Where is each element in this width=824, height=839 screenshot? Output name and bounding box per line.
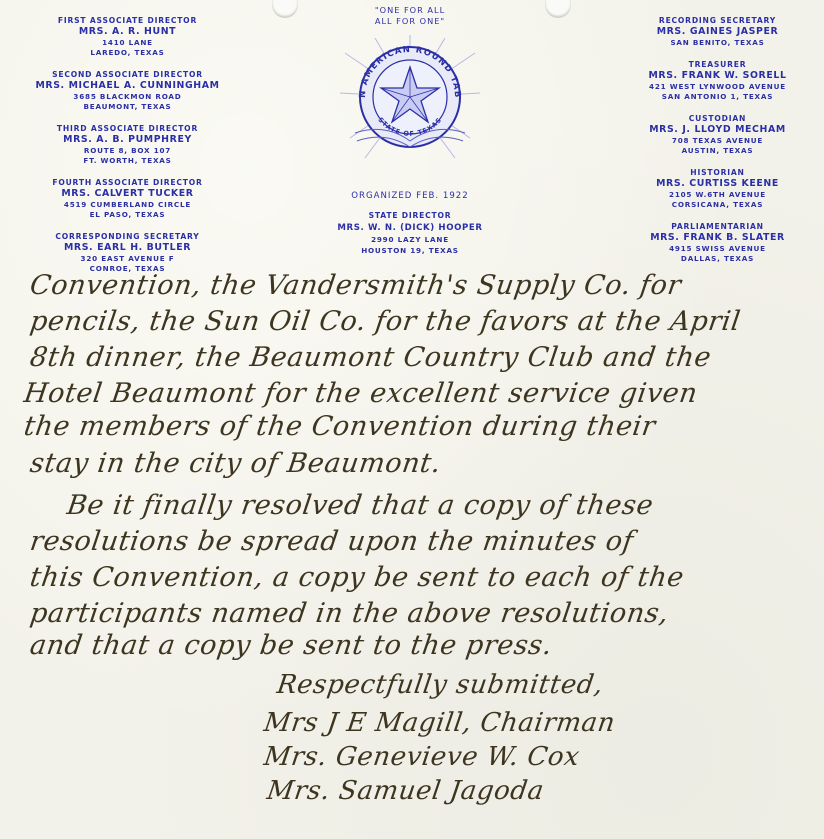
handwritten-line: 8th dinner, the Beaumont Country Club an… [28, 342, 713, 373]
officer-name: MRS. FRANK W. SORELL [620, 70, 815, 82]
handwritten-line: Hotel Beaumont for the excellent service… [22, 378, 700, 409]
closing-salutation: Respectfully submitted, [275, 670, 605, 700]
officer-block: PARLIAMENTARIANMRS. FRANK B. SLATER4915 … [620, 222, 815, 264]
signature: Mrs. Samuel Jagoda [265, 776, 546, 806]
officer-address: 1410 LANE [20, 38, 235, 48]
officer-address: 4915 SWISS AVENUE [620, 244, 815, 254]
officer-address: 3685 BLACKMON ROAD [20, 92, 235, 102]
officer-address: LAREDO, TEXAS [20, 48, 235, 58]
officer-name: MRS. FRANK B. SLATER [620, 232, 815, 244]
officer-role: CUSTODIAN [620, 114, 815, 124]
officer-role: HISTORIAN [620, 168, 815, 178]
officer-address: 320 EAST AVENUE F [20, 254, 235, 264]
handwritten-line: and that a copy be sent to the press. [28, 630, 554, 661]
officer-block: RECORDING SECRETARYMRS. GAINES JASPERSAN… [620, 16, 815, 48]
handwritten-line: Be it finally resolved that a copy of th… [65, 490, 655, 521]
officer-name: MRS. A. R. HUNT [20, 26, 235, 38]
officer-role: RECORDING SECRETARY [620, 16, 815, 26]
officer-address: 2105 W.6TH AVENUE [620, 190, 815, 200]
officer-block: FOURTH ASSOCIATE DIRECTORMRS. CALVERT TU… [20, 178, 235, 220]
state-director-address-2: HOUSTON 19, TEXAS [300, 245, 520, 256]
officer-block: SECOND ASSOCIATE DIRECTORMRS. MICHAEL A.… [20, 70, 235, 112]
officer-role: FOURTH ASSOCIATE DIRECTOR [20, 178, 235, 188]
officer-block: THIRD ASSOCIATE DIRECTORMRS. A. B. PUMPH… [20, 124, 235, 166]
officer-block: TREASURERMRS. FRANK W. SORELL421 WEST LY… [620, 60, 815, 102]
punch-hole-left [272, 0, 298, 18]
officer-address: FT. WORTH, TEXAS [20, 156, 235, 166]
officer-role: CORRESPONDING SECRETARY [20, 232, 235, 242]
organized-date: ORGANIZED FEB. 1922 [300, 191, 520, 201]
letterhead-right-officers: RECORDING SECRETARYMRS. GAINES JASPERSAN… [620, 16, 815, 276]
officer-block: CORRESPONDING SECRETARYMRS. EARL H. BUTL… [20, 232, 235, 274]
officer-address: 4519 CUMBERLAND CIRCLE [20, 200, 235, 210]
punch-hole-right [545, 0, 571, 18]
officer-role: THIRD ASSOCIATE DIRECTOR [20, 124, 235, 134]
officer-address: BEAUMONT, TEXAS [20, 102, 235, 112]
officer-role: SECOND ASSOCIATE DIRECTOR [20, 70, 235, 80]
signature: Mrs. Genevieve W. Cox [262, 742, 582, 772]
motto-line-1: "ONE FOR ALL [300, 5, 520, 16]
state-director-role: STATE DIRECTOR [300, 209, 520, 222]
handwritten-line: this Convention, a copy be sent to each … [28, 562, 686, 593]
officer-address: 708 TEXAS AVENUE [620, 136, 815, 146]
state-director-name: MRS. W. N. (DICK) HOOPER [300, 222, 520, 234]
handwritten-line: participants named in the above resoluti… [28, 598, 671, 629]
officer-block: FIRST ASSOCIATE DIRECTORMRS. A. R. HUNT1… [20, 16, 235, 58]
officer-address: AUSTIN, TEXAS [620, 146, 815, 156]
handwritten-line: resolutions be spread upon the minutes o… [28, 526, 636, 557]
officer-address: ROUTE 8, BOX 107 [20, 146, 235, 156]
letterhead-left-officers: FIRST ASSOCIATE DIRECTORMRS. A. R. HUNT1… [20, 16, 235, 286]
officer-name: MRS. J. LLOYD MECHAM [620, 124, 815, 136]
state-director-address-1: 2990 LAZY LANE [300, 234, 520, 245]
officer-role: TREASURER [620, 60, 815, 70]
officer-address: SAN BENITO, TEXAS [620, 38, 815, 48]
officer-address: SAN ANTONIO 1, TEXAS [620, 92, 815, 102]
officer-address: EL PASO, TEXAS [20, 210, 235, 220]
officer-role: FIRST ASSOCIATE DIRECTOR [20, 16, 235, 26]
officer-name: MRS. CURTISS KEENE [620, 178, 815, 190]
signature: Mrs J E Magill, Chairman [262, 708, 617, 738]
officer-block: HISTORIANMRS. CURTISS KEENE2105 W.6TH AV… [620, 168, 815, 210]
handwritten-line: Convention, the Vandersmith's Supply Co.… [28, 270, 683, 301]
officer-name: MRS. EARL H. BUTLER [20, 242, 235, 254]
handwritten-line: pencils, the Sun Oil Co. for the favors … [28, 306, 743, 337]
officer-name: MRS. MICHAEL A. CUNNINGHAM [20, 80, 235, 92]
officer-address: DALLAS, TEXAS [620, 254, 815, 264]
officer-role: PARLIAMENTARIAN [620, 222, 815, 232]
state-director: STATE DIRECTOR MRS. W. N. (DICK) HOOPER … [300, 209, 520, 256]
officer-name: MRS. A. B. PUMPHREY [20, 134, 235, 146]
pan-american-round-table-seal-icon: PAN AMERICAN ROUND TABLE STATE OF TEXAS [335, 33, 485, 165]
officer-name: MRS. CALVERT TUCKER [20, 188, 235, 200]
handwritten-line: the members of the Convention during the… [22, 411, 658, 442]
officer-address: CORSICANA, TEXAS [620, 200, 815, 210]
letterhead-center: "ONE FOR ALL ALL FOR ONE" PAN AMERICAN R… [300, 5, 520, 201]
officer-block: CUSTODIANMRS. J. LLOYD MECHAM708 TEXAS A… [620, 114, 815, 156]
handwritten-line: stay in the city of Beaumont. [28, 448, 443, 479]
officer-address: 421 WEST LYNWOOD AVENUE [620, 82, 815, 92]
motto-line-2: ALL FOR ONE" [300, 16, 520, 27]
officer-name: MRS. GAINES JASPER [620, 26, 815, 38]
